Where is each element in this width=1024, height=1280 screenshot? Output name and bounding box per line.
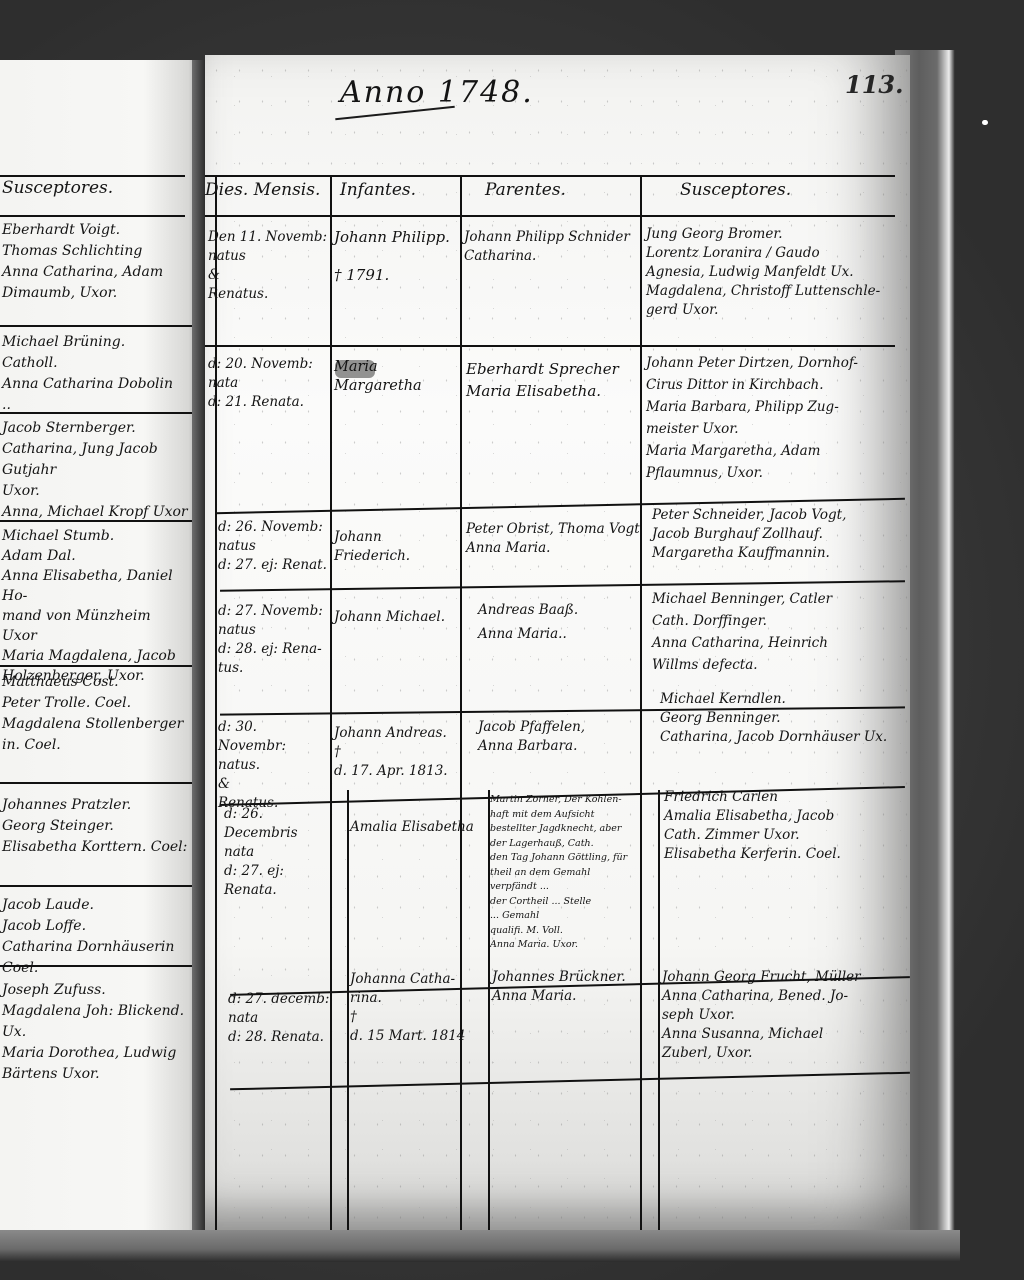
entry-parents: Martin Zorner, Der Kohlen- haft mit dem … [490,793,658,953]
rule [0,175,185,177]
scan-speck [982,120,988,125]
rule [0,885,200,887]
entry-infant: Johann Philipp. † 1791. [334,228,459,285]
left-page: Susceptores. Eberhardt Voigt. Thomas Sch… [0,60,205,1240]
entry-date: d: 27. Novemb: natus d: 28. ej: Rena- tu… [218,602,328,678]
entry-sponsors: Michael Kerndlen. Georg Benninger. Catha… [660,690,905,747]
book-bottom-edge [0,1230,960,1262]
rule [0,965,205,967]
header-dies-mensis: Dies. Mensis. [205,180,320,200]
rule [330,175,332,1235]
left-entry: Eberhardt Voigt. Thomas Schlichting Anna… [2,220,202,304]
header-parentes: Parentes. [485,180,566,200]
rule [0,412,195,414]
rule [0,325,192,327]
entry-parents: Johannes Brückner. Anna Maria. [492,968,657,1006]
left-entry: Joseph Zufuss. Magdalena Joh: Blickend. … [2,980,202,1085]
entry-parents: Andreas Baaß. Anna Maria.. [478,598,643,646]
rule [347,790,349,1235]
rule [0,782,200,784]
entry-date: d: 27. decemb: nata d: 28. Renata. [228,990,346,1047]
rule [640,175,642,1235]
header-infantes: Infantes. [340,180,416,200]
entry-infant: Johann Michael. [334,608,459,627]
left-column-header: Susceptores. [2,178,202,199]
entry-sponsors: Johann Peter Dirtzen, Dornhof- Cirus Dit… [646,352,901,484]
left-entry: Jacob Sternberger. Catharina, Jung Jacob… [2,418,202,523]
entry-parents: Eberhardt Sprecher Maria Elisabetha. [466,358,641,402]
rule [0,215,185,217]
left-entry: Michael Brüning. Catholl. Anna Catharina… [2,332,202,416]
rule [658,790,660,1235]
entry-date: d: 26. Novemb: natus d: 27. ej: Renat. [218,518,328,575]
entry-sponsors: Peter Schneider, Jacob Vogt, Jacob Burgh… [652,506,902,563]
rule [0,520,197,522]
page-title: Anno 1748. [340,75,534,110]
entry-date: d: 26. Decembris nata d: 27. ej: Renata. [224,805,339,900]
entry-sponsors: Jung Georg Bromer. Lorentz Loranira / Ga… [646,225,901,320]
entry-parents: Peter Obrist, Thoma Vogt Anna Maria. [466,520,641,558]
folio-number: 113. [845,70,903,99]
rule [205,215,895,217]
rule [0,665,198,667]
left-entry: Michael Stumb. Adam Dal. Anna Elisabetha… [2,526,202,686]
entry-sponsors: Michael Benninger, Catler Cath. Dorffing… [652,588,902,676]
entry-infant: Amalia Elisabetha [350,818,485,837]
entry-sponsors: Johann Georg Frucht, Müller Anna Cathari… [662,968,907,1063]
entry-infant: Johann Andreas. † d. 17. Apr. 1813. [334,724,459,781]
entry-parents: Johann Philipp Schnider Catharina. [464,228,639,266]
entry-infant: Johanna Catha- rina. † d. 15 Mart. 1814 [350,970,488,1046]
header-susceptores: Susceptores. [680,180,791,200]
entry-infant: Maria Margaretha [334,358,459,396]
rule [460,175,462,1235]
rule [205,175,895,177]
entry-sponsors: Friedrich Carlen Amalia Elisabetha, Jaco… [664,788,904,864]
rule [205,345,895,347]
entry-parents: Jacob Pfaffelen, Anna Barbara. [478,718,643,756]
rule [215,175,217,1235]
entry-date: Den 11. Novemb: natus & Renatus. [208,228,328,304]
entry-infant: Johann Friederich. [334,528,459,566]
left-entry: Matthaeus Cost. Peter Trolle. Coel. Magd… [2,672,202,756]
entry-date: d: 30. Novembr: natus. & Renatus. [218,718,328,813]
entry-date: d: 20. Novemb: nata d: 21. Renata. [208,355,328,412]
left-entry: Johannes Pratzler. Georg Steinger. Elisa… [2,795,202,858]
